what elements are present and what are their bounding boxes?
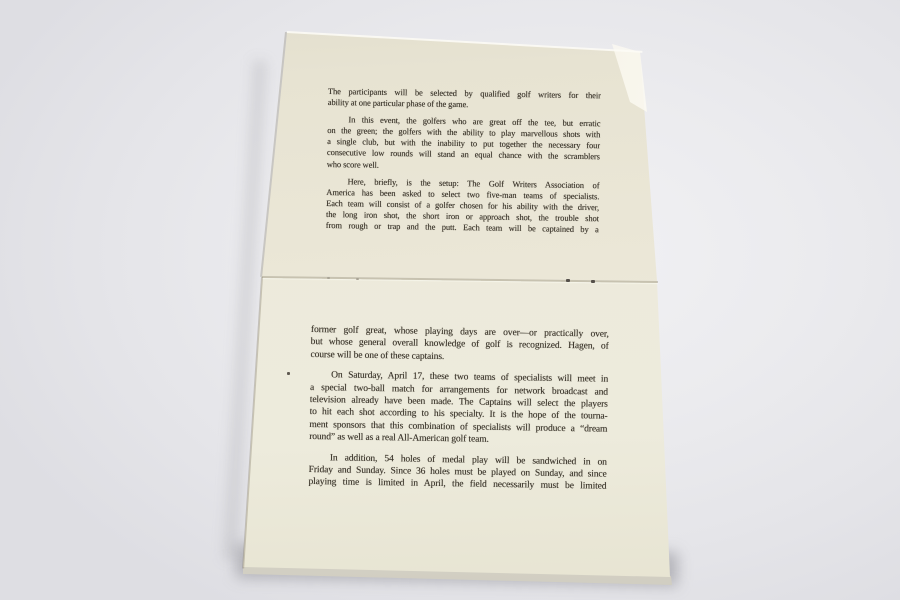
paragraph-on-saturday: On Saturday, April 17, these two teams o… xyxy=(309,369,608,448)
upper-page-text: The participants will be selected by qua… xyxy=(326,86,601,235)
paragraph-former-golf-great: former golf great, whose playing days ar… xyxy=(310,324,609,366)
lower-page-text: former golf great, whose playing days ar… xyxy=(308,324,609,494)
paragraph-here-briefly: Here, briefly, is the setup: The Golf Wr… xyxy=(326,176,600,236)
ink-speck xyxy=(566,279,570,282)
ink-speck xyxy=(327,277,330,279)
paragraph-in-this-event: In this event, the golfers who are great… xyxy=(327,114,601,174)
ink-speck xyxy=(356,278,359,280)
ink-speck xyxy=(287,372,290,375)
paragraph-in-addition: In addition, 54 holes of medal play will… xyxy=(308,452,607,494)
photo-backdrop: former golf great, whose playing days ar… xyxy=(0,0,900,600)
paragraph-participants: The participants will be selected by qua… xyxy=(328,86,601,112)
ink-speck xyxy=(591,280,595,283)
